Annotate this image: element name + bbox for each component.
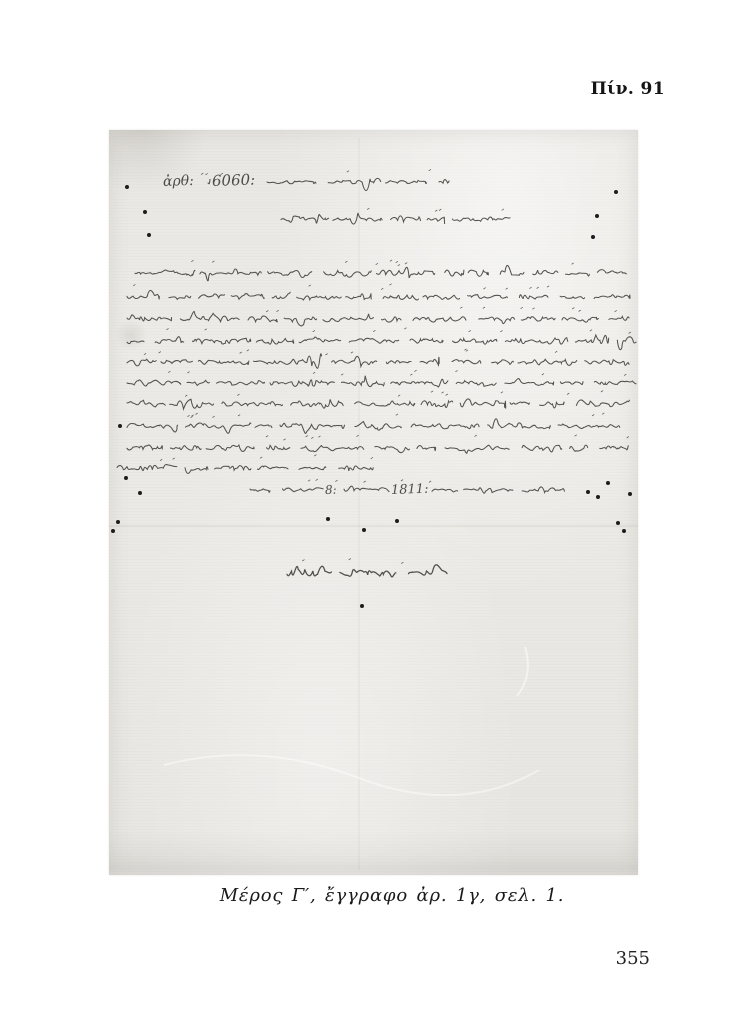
manuscript-scan: ἀρθ:6060:8:1811: [109, 130, 638, 875]
plate-label: Πίν. 91 [591, 79, 665, 99]
manuscript-handwriting: ἀρθ:6060:8:1811: [109, 130, 638, 875]
svg-text:1811:: 1811: [391, 482, 429, 498]
svg-text:6060:: 6060: [212, 170, 256, 189]
book-page: Πίν. 91 ἀρθ:6060:8:1811: Μέρος Γ′, ἔγγρα… [0, 0, 743, 1027]
svg-text:8:: 8: [325, 483, 337, 497]
page-number: 355 [616, 948, 650, 969]
figure-caption: Μέρος Γ′, ἔγγραφο ἀρ. 1γ, σελ. 1. [41, 885, 743, 906]
svg-text:ἀρθ:: ἀρθ: [163, 172, 194, 190]
